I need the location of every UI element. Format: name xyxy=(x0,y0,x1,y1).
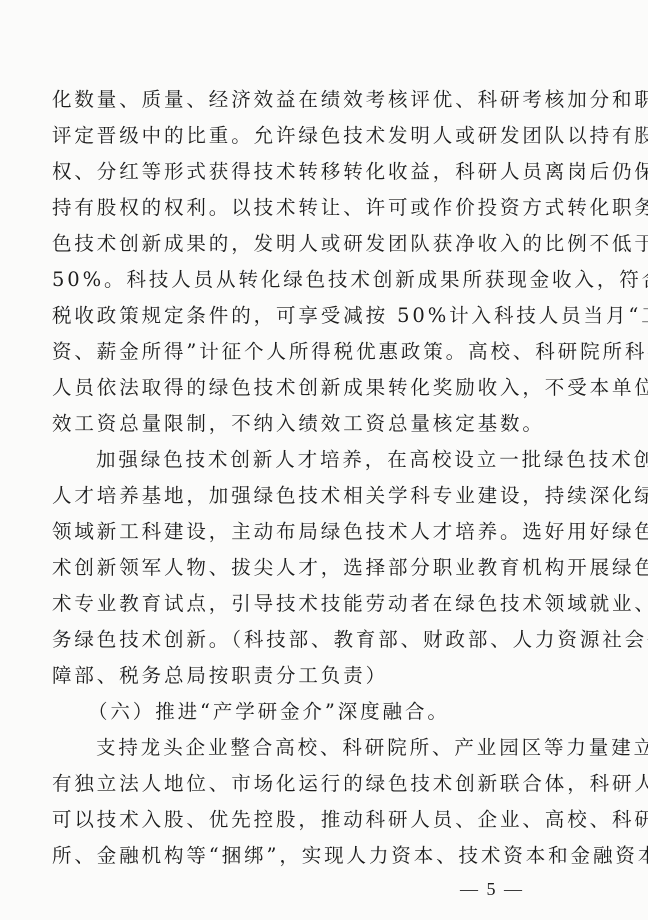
text-line: 化数量、质量、经济效益在绩效考核评优、科研考核加分和职称 xyxy=(52,87,532,113)
text-line: 人才培养基地，加强绿色技术相关学科专业建设，持续深化绿色 xyxy=(52,483,532,509)
text-line: 有独立法人地位、市场化运行的绿色技术创新联合体，科研人员 xyxy=(52,771,532,797)
section-heading: （六）推进“产学研金介”深度融合。 xyxy=(88,699,568,725)
text-line: 效工资总量限制，不纳入绩效工资总量核定基数。 xyxy=(52,411,532,437)
text-line: 税收政策规定条件的，可享受减按 50%计入科技人员当月“工 xyxy=(52,303,532,329)
text-line: 资、薪金所得”计征个人所得税优惠政策。高校、科研院所科研 xyxy=(52,339,532,365)
text-line: 权、分红等形式获得技术转移转化收益，科研人员离岗后仍保持 xyxy=(52,159,532,185)
text-line: 持有股权的权利。以技术转让、许可或作价投资方式转化职务绿 xyxy=(52,195,532,221)
text-line: 术创新领军人物、拔尖人才，选择部分职业教育机构开展绿色技 xyxy=(52,555,532,581)
document-page: 化数量、质量、经济效益在绩效考核评优、科研考核加分和职称 评定晋级中的比重。允许… xyxy=(0,0,648,920)
text-line: 50%。科技人员从转化绿色技术创新成果所获现金收入，符合现行 xyxy=(52,267,532,293)
text-line: 加强绿色技术创新人才培养，在高校设立一批绿色技术创新 xyxy=(96,447,576,473)
text-line: 领域新工科建设，主动布局绿色技术人才培养。选好用好绿色技 xyxy=(52,519,532,545)
page-number: — 5 — xyxy=(460,879,524,900)
text-line: 色技术创新成果的，发明人或研发团队获净收入的比例不低于 xyxy=(52,231,532,257)
text-line: 所、金融机构等“捆绑”，实现人力资本、技术资本和金融资本 xyxy=(52,843,532,869)
text-line: 人员依法取得的绿色技术创新成果转化奖励收入，不受本单位绩 xyxy=(52,375,532,401)
text-line: 可以技术入股、优先控股，推动科研人员、企业、高校、科研院 xyxy=(52,807,532,833)
text-line: 术专业教育试点，引导技术技能劳动者在绿色技术领域就业、服 xyxy=(52,591,532,617)
text-line: 支持龙头企业整合高校、科研院所、产业园区等力量建立具 xyxy=(96,735,576,761)
text-line: 障部、税务总局按职责分工负责） xyxy=(52,663,532,689)
text-line: 评定晋级中的比重。允许绿色技术发明人或研发团队以持有股 xyxy=(52,123,532,149)
text-line: 务绿色技术创新。（科技部、教育部、财政部、人力资源社会保 xyxy=(52,627,532,653)
